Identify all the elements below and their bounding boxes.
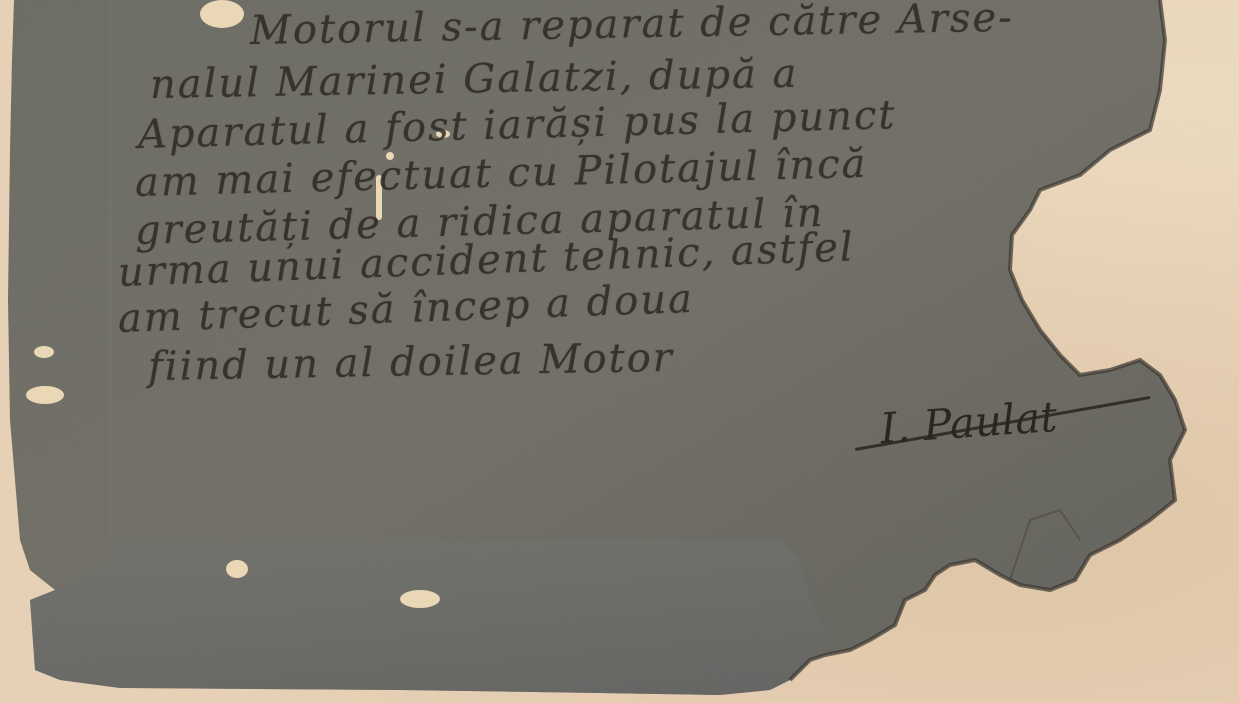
paper-hole — [226, 560, 248, 578]
document-page: Motorul s-a reparat de către Arse- nalul… — [0, 0, 1239, 703]
paper-hole — [400, 590, 440, 608]
handwritten-line: fiind un al doilea Motor — [148, 335, 675, 390]
paper-hole — [200, 0, 244, 28]
paper-hole — [34, 346, 54, 358]
paper-hole — [26, 386, 64, 404]
